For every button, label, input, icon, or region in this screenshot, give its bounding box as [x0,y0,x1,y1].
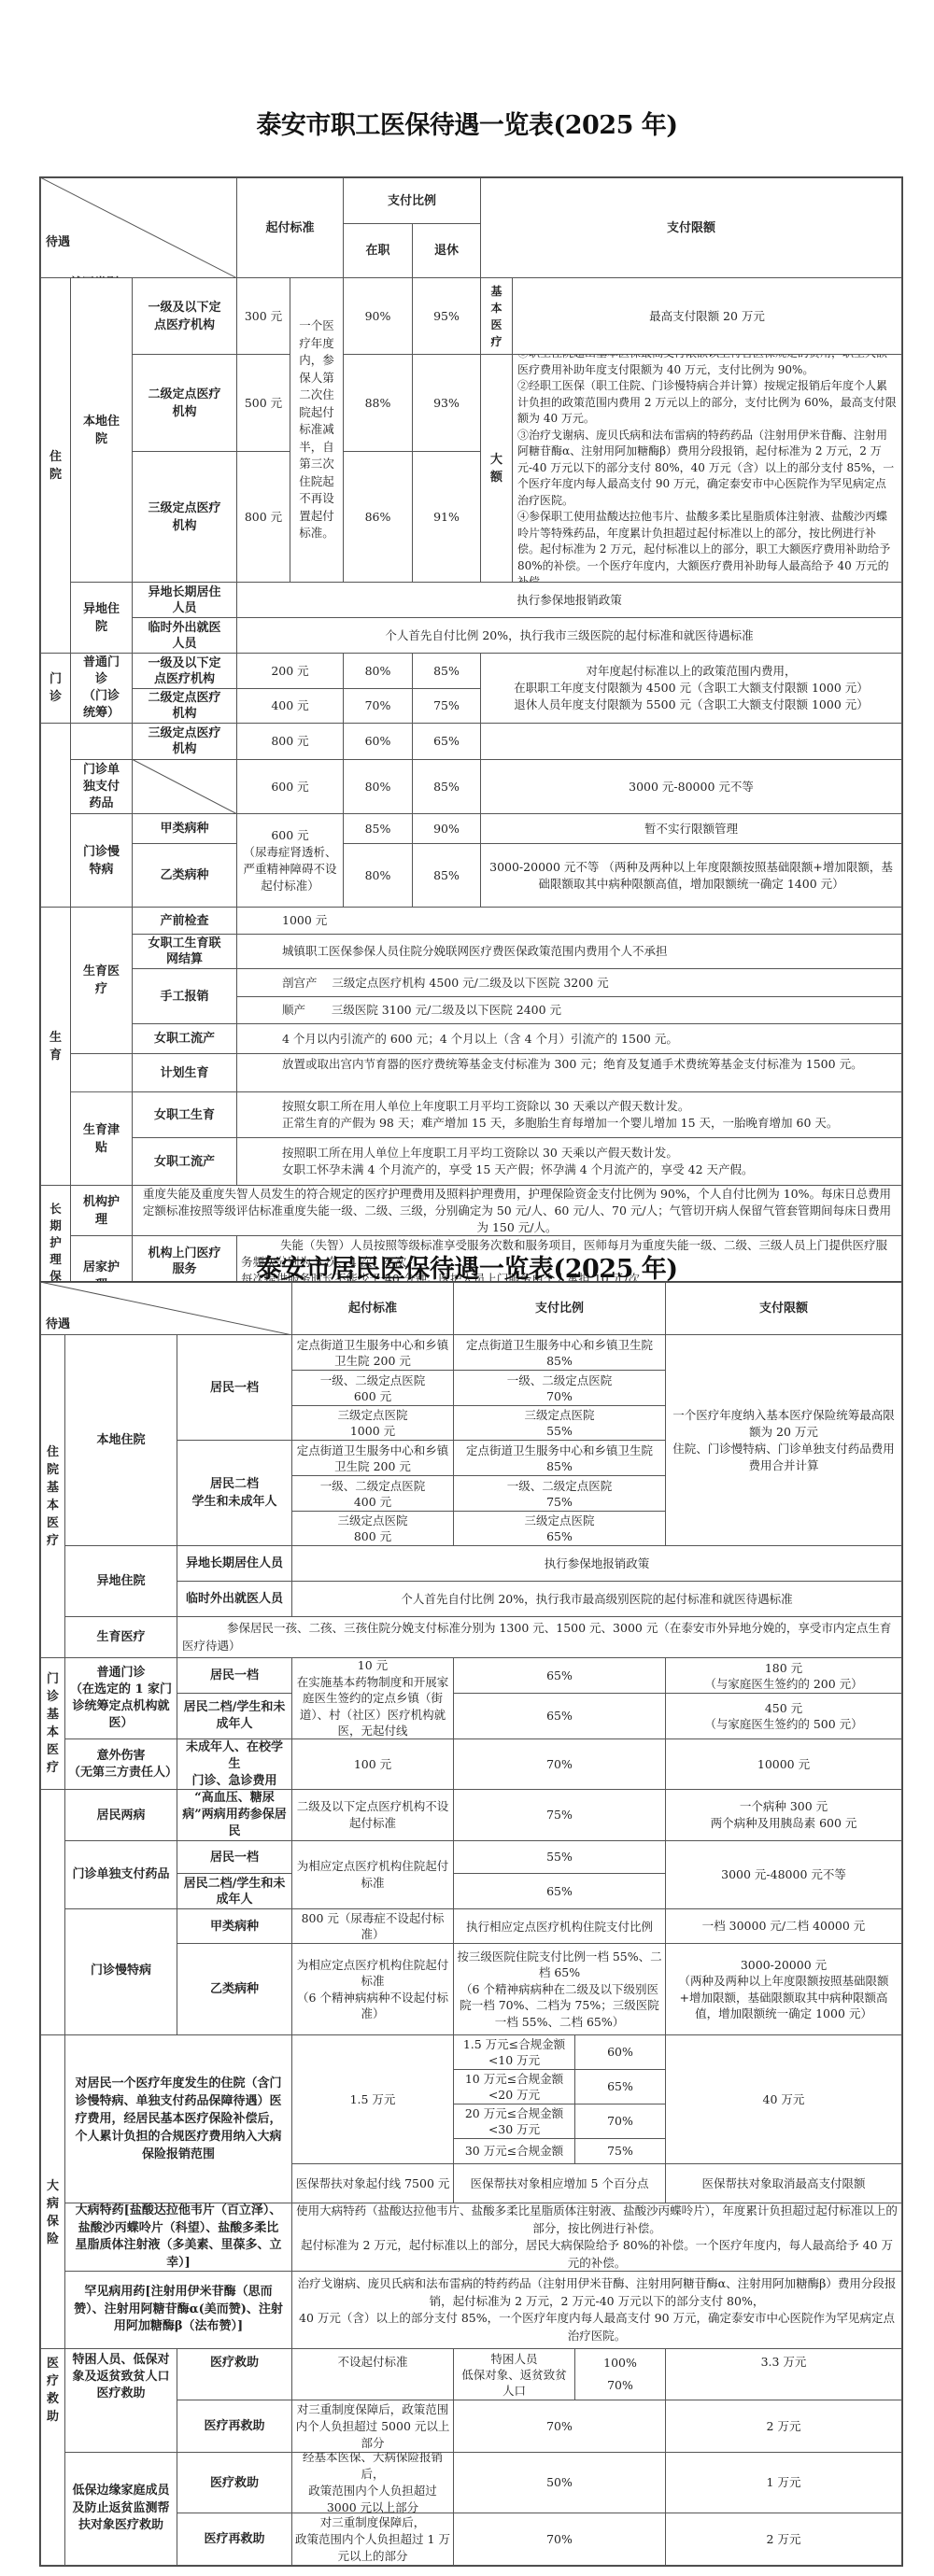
r-special-drug-text: 使用大病特药（盐酸达拉他韦片、盐酸多柔比星脂质体注射液、盐酸沙丙蝶呤片），年度累… [291,2203,902,2272]
r-t1-start-3: 三级定点医院 1000 元 [291,1405,454,1441]
r-g2-reaid-label: 医疗再救助 [177,2513,292,2566]
r-chronic-a-ratio: 执行相应定点医疗机构住院支付比例 [453,1908,666,1944]
r-offsite-temp-label: 临时外出就医人员 [177,1581,292,1617]
r-drug-tier2-ratio: 65% [453,1873,666,1909]
r-injury-label: 意外伤害 （无第三方责任人） [64,1738,177,1790]
chronic-b-label: 乙类病种 [132,843,237,908]
r-section-inpatient: 住 院 基 本 医 疗 [40,1334,65,1658]
r-band-3-range: 20 万元≤合规金额<30 万元 [453,2104,575,2139]
r-chronic-a-start: 800 元（尿毒症不设起付标准） [291,1908,454,1944]
resident-table-title: 泰安市居民医保待遇一览表(2025 年) [0,1248,934,1285]
header-start: 起付标准 [236,177,344,278]
basic-medical-label: 基 本 医 疗 [480,277,513,355]
r-g1-reaid-label: 医疗再救助 [177,2400,292,2453]
r-offsite-label: 异地住院 [64,1545,177,1617]
r-g1-aid-start: 不设起付标准 [291,2348,454,2400]
op-level-3-start: 800 元 [236,723,344,760]
r-band-2-ratio: 65% [574,2069,666,2104]
op-level-3-name: 三级定点医疗 机构 [132,723,237,760]
allowance-miscarriage-label: 女职工流产 [132,1137,237,1186]
r-general-label: 普通门诊 （在选定的 1 家门诊统筹定点机构就医） [64,1657,177,1739]
r-injury-ratio: 70% [453,1738,666,1790]
op-level-1-start: 200 元 [236,653,344,689]
r-assist-ratio: 医保帮扶对象相应增加 5 个百分点 [453,2163,666,2203]
r-drug-tier1-ratio: 55% [453,1840,666,1874]
corner-top-label: 待遇 [46,233,233,251]
r-header-start: 起付标准 [291,1282,454,1335]
op-level-1-retired: 85% [412,653,481,689]
ltc-institution-text: 重度失能及重度失智人员发生的符合规定的医疗护理费用及照料护理费用，护理保险资金支… [132,1185,902,1236]
r-band-4-ratio: 75% [574,2138,666,2164]
r-general-tier2-ratio: 65% [453,1693,666,1739]
op-level-3-limit [480,723,902,760]
prenatal-value: 1000 元 [236,907,902,935]
level-1-active: 90% [343,277,413,355]
r-general-start: 10 元 在实施基本药物制度和开展家庭医生签约的定点乡镇（街道）、村（社区）医疗… [291,1657,454,1739]
r-t2-start-2: 一级、二级定点医院 400 元 [291,1475,454,1512]
r-band-3-ratio: 70% [574,2104,666,2139]
r-local-inpatient: 本地住院 [64,1334,177,1546]
separate-drug-blank [132,759,237,814]
blank-cell [70,723,133,760]
r-t1-start-1: 定点街道卫生服务中心和乡镇卫生院 200 元 [291,1334,454,1371]
r-injury-who: 未成年人、在校学生 门诊、急诊费用 [177,1738,292,1790]
allowance-birth-value: 按照女职工所在用人单位上年度职工月平均工资除以 30 天乘以产假天数计发。 正常… [236,1091,902,1138]
r-general-tier1: 居民一档 [177,1657,292,1694]
op-level-2-start: 400 元 [236,688,344,724]
offsite-temp-policy: 个人首先自付比例 20%，执行我市三级医院的起付标准和就医待遇标准 [236,617,902,654]
r-tier2-label: 居民二档 学生和未成年人 [177,1440,292,1546]
level-3-name: 三级定点医疗 机构 [132,451,237,583]
level-2-retired: 93% [412,354,481,452]
level-3-retired: 91% [412,451,481,583]
r-group1-tail [64,2400,177,2453]
major-medical-label: 大 额 [480,354,513,583]
r-g1-reaid-start: 对三重制度保障后，政策范围内个人负担超过 5000 元以上部分 [291,2400,454,2453]
r-header-ratio: 支付比例 [453,1282,666,1335]
r-inpatient-limit: 一个医疗年度纳入基本医疗保险统筹最高限额为 20 万元 住院、门诊慢特病、门诊单… [665,1334,902,1546]
r-assist-limit: 医保帮扶对象取消最高支付限额 [665,2163,902,2203]
chronic-b-retired: 85% [412,843,481,908]
r-two-disease-who: “高血压、糖尿病”两病用药参保居民 [177,1789,292,1841]
section-maternity-full: 生 育 [40,907,71,1186]
level-3-active: 86% [343,451,413,583]
r-general-tier1-ratio: 65% [453,1657,666,1694]
r-t1-ratio-3: 三级定点医院 55% [453,1405,666,1441]
op-level-1-active: 80% [343,653,413,689]
r-t1-ratio-2: 一级、二级定点医院 70% [453,1370,666,1406]
r-chronic-b-ratio: 按三级医院住院支付比例一档 55%、二档 65% （6 个精神病病种在二级及以下… [453,1943,666,2035]
r-special-drug-label: 大病特药[盐酸达拉他韦片（百立泽）、盐酸沙丙蝶呤片（科望）、盐酸多柔比星脂质体注… [64,2203,292,2272]
r-g2-reaid-start: 对三重制度保障后， 政策范围内个人负担超过 1 万元以上的部分 [291,2513,454,2566]
offsite-long-label: 异地长期居住 人员 [132,582,237,618]
r-rare-drug-text: 治疗戈谢病、庞贝氏病和法布雷病的特药药品（注射用伊米苷酶、注射用阿糖苷酶α、注射… [291,2271,902,2349]
r-offsite-temp-policy: 个人首先自付比例 20%，执行我市最高级别医院的起付标准和就医待遇标准 [291,1581,902,1617]
r-band-1-range: 1.5 万元≤合规金额<10 万元 [453,2034,575,2070]
op-level-2-active: 70% [343,688,413,724]
r-g1-who: 特困人员 低保对象、返贫致贫人口 [453,2348,575,2400]
ltc-institution-label: 机构护 理 [70,1185,133,1236]
maternity-medical-label: 生育医 疗 [70,907,133,1054]
r-t2-start-3: 三级定点医院 800 元 [291,1511,454,1546]
r-rare-drug-label: 罕见病用药[注射用伊米苷酶（思而赞）、注射用阿糖苷酶α(美而赞)、注射用阿加糖酶… [64,2271,292,2349]
r-g2-reaid-limit: 2 万元 [665,2513,902,2566]
allowance-birth-label: 女职工生育 [132,1091,237,1138]
r-offsite-long-label: 异地长期居住人员 [177,1545,292,1582]
r-g2-aid-limit: 1 万元 [665,2452,902,2513]
manual-reimburse-label: 手工报销 [132,968,237,1024]
r-drug-start: 为相应定点医疗机构住院起付标准 [291,1840,454,1909]
separate-drug-active: 80% [343,759,413,814]
r-section-assistance: 医 疗 救 助 [40,2348,65,2566]
op-level-2-retired: 75% [412,688,481,724]
r-corner-top-label: 待遇 [46,1316,288,1332]
basic-limit: 最高支付限额 20 万元 [512,277,902,355]
section-outpatient: 门 诊 [40,653,71,724]
r-g1-aid-label: 医疗救助 [177,2348,292,2400]
offsite-long-policy: 执行参保地报销政策 [236,582,902,618]
r-g2-aid-label: 医疗救助 [177,2452,292,2513]
offsite-temp-label: 临时外出就医 人员 [132,617,237,654]
r-maternity-text: 参保居民一孩、二孩、三孩住院分娩支付标准分别为 1300 元、1500 元、30… [177,1616,902,1658]
local-inpatient-label: 本地住 院 [70,277,133,583]
miscarriage-value: 4 个月以内引流产的 600 元；4 个月以上（含 4 个月）引流产的 1500… [236,1023,902,1054]
network-settlement-label: 女职工生育联 网结算 [132,934,237,969]
level-3-start: 800 元 [236,451,290,583]
offsite-inpatient-label: 异地住 院 [70,582,133,654]
r-injury-start: 100 元 [291,1738,454,1790]
op-level-3-retired: 65% [412,723,481,760]
header-corner: 待遇 就医类别 [40,177,237,278]
r-two-disease-ratio: 75% [453,1789,666,1841]
manual-natural-value: 顺产 三级医院 3100 元/二级及以下医院 2400 元 [236,996,902,1024]
maternity-medical-tail [70,1053,133,1092]
separate-drug-label: 门诊单 独支付 药品 [70,759,133,814]
r-drug-limit: 3000 元-48000 元不等 [665,1840,902,1909]
level-1-retired: 95% [412,277,481,355]
chronic-start: 600 元 （尿毒症肾透析、严重精神障碍不设起付标准） [236,813,344,908]
major-medical-text: ①职工住院超出基本医保最高支付限额以上符合医保规定的费用，职工大额医疗费用补助年… [512,354,902,583]
level-1-start: 300 元 [236,277,290,355]
chronic-a-label: 甲类病种 [132,813,237,844]
r-g2-reaid-ratio: 70% [453,2513,666,2566]
r-injury-limit: 10000 元 [665,1738,902,1790]
r-two-disease-limit: 一个病种 300 元 两个病种及用胰岛素 600 元 [665,1789,902,1841]
r-drug-tier2: 居民二档/学生和未成年人 [177,1873,292,1909]
r-critical-scope: 对居民一个医疗年度发生的住院（含门诊慢特病、单独支付药品保障待遇）医疗费用，经居… [64,2034,292,2203]
r-chronic-b-start: 为相应定点医疗机构住院起付标准 （6 个精神病病种不设起付标准） [291,1943,454,2035]
employee-table-title: 泰安市职工医保待遇一览表(2025 年) [0,105,934,141]
r-g2-aid-ratio: 50% [453,2452,666,2513]
r-maternity-label: 生育医疗 [64,1616,177,1658]
prenatal-label: 产前检查 [132,907,237,935]
r-drug-tier1: 居民一档 [177,1840,292,1874]
family-planning-label: 计划生育 [132,1053,237,1092]
r-drug-label: 门诊单独支付药品 [64,1840,177,1909]
r-t2-ratio-1: 定点街道卫生服务中心和乡镇卫生院 85% [453,1440,666,1476]
chronic-a-limit: 暂不实行限额管理 [480,813,902,844]
r-section-outpatient: 门 诊 基 本 医 疗 [40,1657,65,1790]
family-planning-value: 放置或取出宫内节育器的医疗费统筹基金支付标准为 300 元；绝育及复通手术费统筹… [236,1053,902,1092]
chronic-a-retired: 90% [412,813,481,844]
section-inpatient: 住 院 [40,277,71,654]
network-settlement-value: 城镇职工医保参保人员住院分娩联网医疗费医保政策范围内费用个人不承担 [236,934,902,969]
r-outpatient-left-filler [40,1789,65,2035]
r-g2-aid-start: 经基本医保、大病保险报销后， 政策范围内个人负担超过 3000 元以上部分 [291,2452,454,2513]
miscarriage-label: 女职工流产 [132,1023,237,1054]
r-assist-start: 医保帮扶对象起付线 7500 元 [291,2163,454,2203]
r-general-tier2: 居民二档/学生和未成年人 [177,1693,292,1739]
r-t2-ratio-2: 一级、二级定点医院 75% [453,1475,666,1512]
header-limit: 支付限额 [480,177,902,278]
r-chronic-a-label: 甲类病种 [177,1908,292,1944]
header-ratio-retired: 退休 [412,223,481,278]
r-chronic-a-limit: 一档 30000 元/二档 40000 元 [665,1908,902,1944]
level-2-name: 二级定点医疗 机构 [132,354,237,452]
chronic-b-active: 80% [343,843,413,908]
r-group2-label: 低保边缘家庭成员及防止返贫监测帮扶对象医疗救助 [64,2452,177,2566]
r-header-limit: 支付限额 [665,1282,902,1335]
r-t1-start-2: 一级、二级定点医院 600 元 [291,1370,454,1406]
chronic-b-limit: 3000-20000 元不等 （两种及两种以上年度限额按照基础限额+增加限额，基… [480,843,902,908]
r-band-4-range: 30 万元≤合规金额 [453,2138,575,2164]
r-g1-ratio: 100% 70% [574,2348,666,2400]
r-chronic-b-limit: 3000-20000 元 （两种及两种以上年度限额按照基础限额+增加限额，基础限… [665,1943,902,2035]
chronic-label: 门诊慢 特病 [70,813,133,908]
r-two-disease-start: 二级及以下定点医疗机构不设起付标准 [291,1789,454,1841]
r-two-disease-label: 居民两病 [64,1789,177,1841]
r-offsite-long-policy: 执行参保地报销政策 [291,1545,902,1582]
r-g1-reaid-ratio: 70% [453,2400,666,2453]
header-ratio-active: 在职 [343,223,413,278]
r-tier1-label: 居民一档 [177,1334,292,1441]
r-section-critical: 大 病 保 险 [40,2034,65,2349]
r-band-2-range: 10 万元≤合规金额<20 万元 [453,2069,575,2104]
r-band-1-ratio: 60% [574,2034,666,2070]
separate-drug-retired: 85% [412,759,481,814]
r-chronic-label: 门诊慢特病 [64,1908,177,2035]
op-level-3-active: 60% [343,723,413,760]
general-outpatient-label: 普通门 诊 （门诊 统筹） [70,653,133,724]
manual-cesarean-value: 剖宫产 三级定点医疗机构 4500 元/二级及以下医院 3200 元 [236,968,902,997]
level-1-name: 一级及以下定 点医疗机构 [132,277,237,355]
allowance-miscarriage-value: 按照职工所在用人单位上年度职工月平均工资除以 30 天乘以产假天数计发。 女职工… [236,1137,902,1186]
r-chronic-b-label: 乙类病种 [177,1943,292,2035]
level-2-start: 500 元 [236,354,290,452]
separate-drug-start: 600 元 [236,759,344,814]
op-level-2-name: 二级定点医疗 机构 [132,688,237,724]
level-2-active: 88% [343,354,413,452]
r-g1-reaid-limit: 2 万元 [665,2400,902,2453]
general-outpatient-limit: 对年度起付标准以上的政策范围内费用， 在职职工年度支付限额为 4500 元（含职… [480,653,902,724]
r-t2-start-1: 定点街道卫生服务中心和乡镇卫生院 200 元 [291,1440,454,1476]
r-critical-start: 1.5 万元 [291,2034,454,2164]
r-t2-ratio-3: 三级定点医院 65% [453,1511,666,1546]
header-ratio: 支付比例 [343,177,481,224]
outpatient-left-filler [40,723,71,908]
r-critical-limit: 40 万元 [665,2034,902,2164]
chronic-a-active: 85% [343,813,413,844]
r-header-corner: 待遇 就医类别 [40,1282,292,1335]
r-t1-ratio-1: 定点街道卫生服务中心和乡镇卫生院 85% [453,1334,666,1371]
op-level-1-name: 一级及以下定 点医疗机构 [132,653,237,689]
allowance-label: 生育津 贴 [70,1091,133,1186]
r-g1-limit: 3.3 万元 [665,2348,902,2400]
separate-drug-limit: 3000 元-80000 元不等 [480,759,902,814]
r-general-tier1-limit: 180 元 （与家庭医生签约的 200 元） [665,1657,902,1694]
start-halving-note: 一个医 疗年度 内，参 保人第 二次住 院起付 标准减 半，自 第三次 住院起 … [290,277,344,583]
r-general-tier2-limit: 450 元 （与家庭医生签约的 500 元） [665,1693,902,1739]
